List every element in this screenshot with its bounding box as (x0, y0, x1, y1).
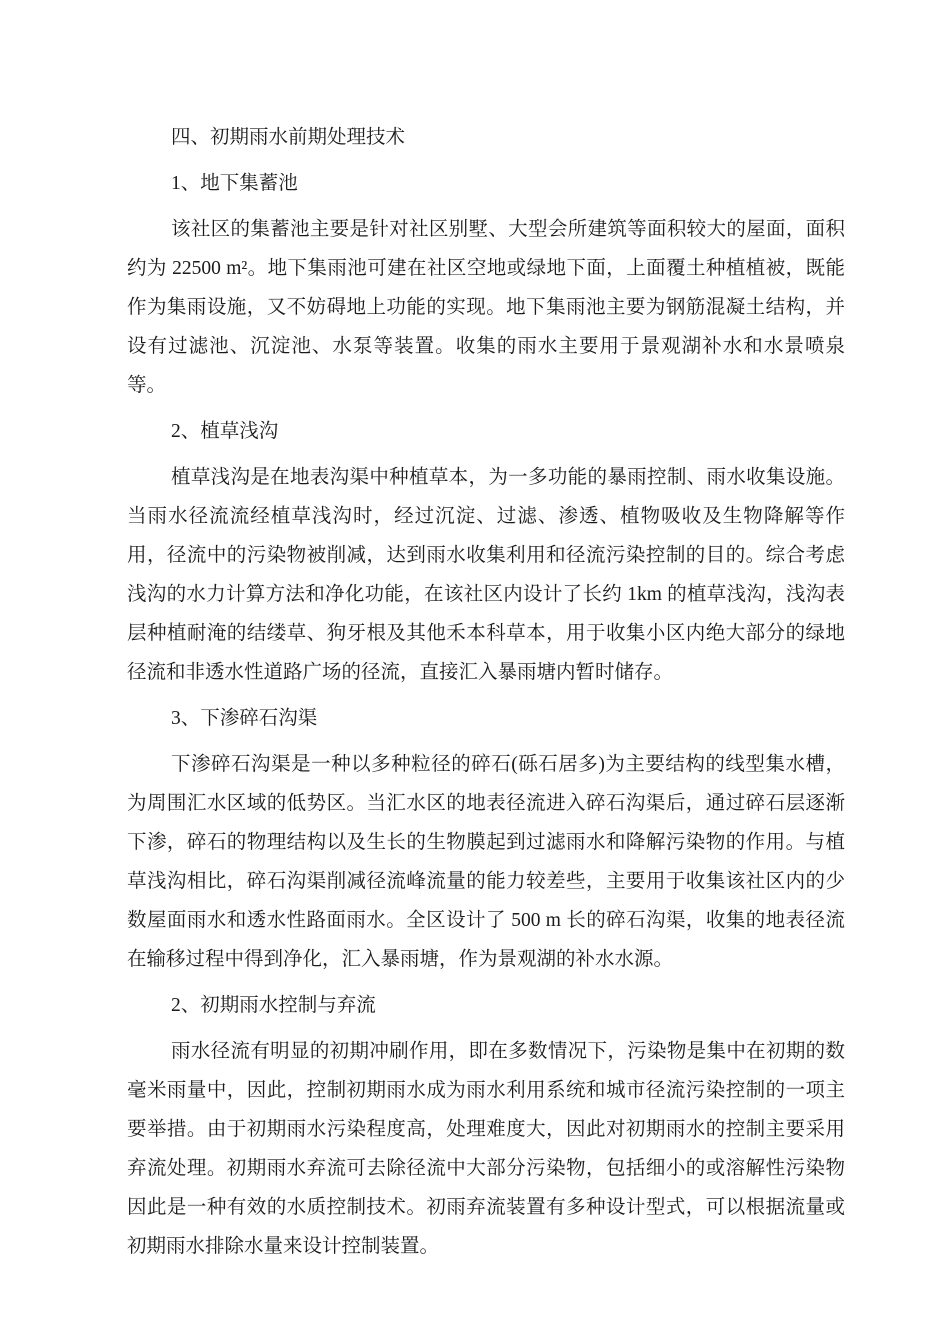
doc-subheading-3: 3、下渗碎石沟渠 (127, 699, 845, 738)
doc-subheading-2: 2、植草浅沟 (127, 412, 845, 451)
document-page: 四、初期雨水前期处理技术 1、地下集蓄池 该社区的集蓄池主要是针对社区别墅、大型… (0, 0, 950, 1344)
doc-paragraph-1: 该社区的集蓄池主要是针对社区别墅、大型会所建筑等面积较大的屋面，面积约为 225… (127, 210, 845, 405)
doc-paragraph-3: 下渗碎石沟渠是一种以多种粒径的碎石(砾石居多)为主要结构的线型集水槽，为周围汇水… (127, 745, 845, 979)
doc-paragraph-2: 植草浅沟是在地表沟渠中种植草本，为一多功能的暴雨控制、雨水收集设施。当雨水径流流… (127, 458, 845, 692)
doc-paragraph-4: 雨水径流有明显的初期冲刷作用，即在多数情况下，污染物是集中在初期的数毫米雨量中，… (127, 1032, 845, 1266)
doc-subheading-4: 2、初期雨水控制与弃流 (127, 986, 845, 1025)
doc-subheading-1: 1、地下集蓄池 (127, 164, 845, 203)
doc-heading: 四、初期雨水前期处理技术 (127, 118, 845, 157)
